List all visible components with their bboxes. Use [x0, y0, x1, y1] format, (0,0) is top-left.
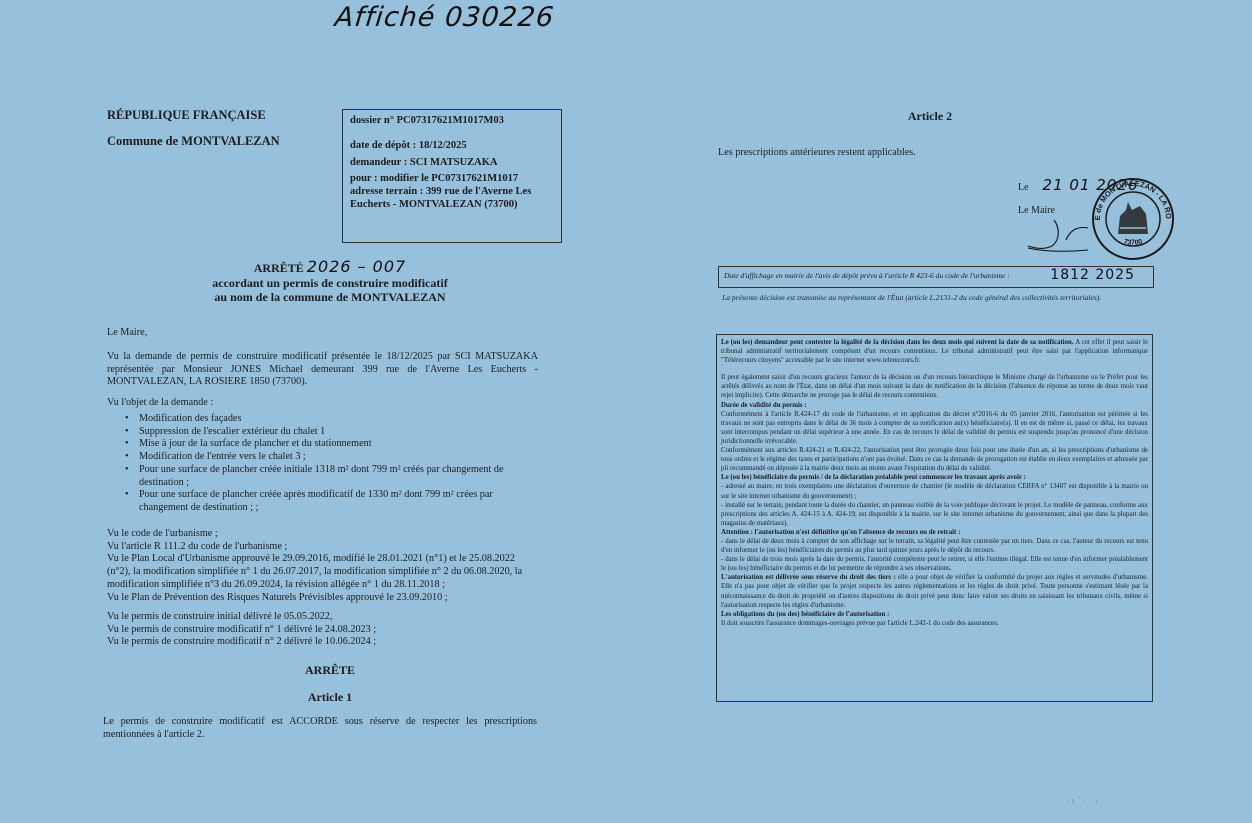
vu-plu-line: Vu le Plan Local d'Urbanisme approuvé le… — [107, 553, 538, 591]
validite-title: Durée de validité du permis : — [721, 401, 1148, 410]
voies-recours-box: Le (ou les) demandeur peut contester la … — [716, 334, 1153, 702]
list-item: Suppression de l'escalier extérieur du c… — [125, 426, 525, 439]
arrete-title: ARRÊTÉ 2026 – 007 accordant un permis de… — [110, 260, 550, 305]
travaux-text-2: - installé sur le terrain, pendant toute… — [721, 501, 1148, 528]
affichage-label: Date d'affichage en mairie de l'avis de … — [724, 271, 1010, 280]
validite-text-2: Conformément aux articles R.424-21 et R.… — [721, 446, 1148, 473]
article-1-heading: Article 1 — [110, 690, 550, 705]
vu-code-line: Vu le code de l'urbanisme ; — [107, 528, 538, 541]
vu-pprn-line: Vu le Plan de Prévention des Risques Nat… — [107, 592, 538, 605]
travaux-text-1: - adressé au maire, en trois exemplaires… — [721, 482, 1148, 500]
commune-heading: Commune de MONTVALEZAN — [107, 134, 280, 149]
handwritten-affichage-date: 1812 2025 — [1050, 267, 1135, 283]
le-label: Le — [1018, 182, 1029, 193]
vu-codes-block: Vu le code de l'urbanisme ; Vu l'article… — [107, 528, 538, 604]
mairie-stamp-icon: MAIRIE de MONTVALEZAN - LA ROSIERE 73700 — [1090, 176, 1176, 262]
vu-permis-line: Vu le permis de construire initial déliv… — [107, 611, 538, 624]
vu-permis-block: Vu le permis de construire initial déliv… — [107, 611, 538, 649]
list-item: Pour une surface de plancher créée initi… — [125, 464, 525, 489]
obligations-title: Les obligations du (ou des) bénéficiaire… — [721, 610, 1148, 619]
handwritten-arrete-number: 2026 – 007 — [307, 257, 406, 276]
recours-gracieux-text: Il peut également saisir d'un recours gr… — [721, 373, 1148, 400]
adresse-terrain-line1: adresse terrain : 399 rue de l'Averne Le… — [350, 185, 554, 198]
arrete-subtitle-2: au nom de la commune de MONTVALEZAN — [110, 290, 550, 305]
vu-permis-line: Vu le permis de construire modificatif n… — [107, 624, 538, 637]
article-2-heading: Article 2 — [710, 109, 1150, 124]
attention-text-2: - dans le délai de trois mois après la d… — [721, 555, 1148, 573]
date-depot: date de dépôt : 18/12/2025 — [350, 139, 554, 152]
attention-title: Attention : l'autorisation n'est définit… — [721, 528, 1148, 537]
signatory-role: Le Maire — [1018, 205, 1055, 216]
vu-code-line: Vu l'article R 111.2 du code de l'urbani… — [107, 541, 538, 554]
adresse-terrain-line2: Eucherts - MONTVALEZAN (73700) — [350, 198, 554, 211]
transmission-note: La présente décision est transmise au re… — [722, 293, 1142, 304]
list-item: Modification de l'entrée vers le chalet … — [125, 451, 525, 464]
article-1-text: Le permis de construire modificatif est … — [103, 716, 537, 741]
objet-list: Modification des façades Suppression de … — [125, 413, 525, 515]
republique-heading: RÉPUBLIQUE FRANÇAISE — [107, 108, 266, 123]
list-item: Pour une surface de plancher créée après… — [125, 489, 525, 514]
le-maire-intro: Le Maire, — [107, 327, 147, 340]
travaux-title: Le (ou les) bénéficiaire du permis / de … — [721, 473, 1148, 482]
obligations-text: Il doit souscrire l'assurance dommages-o… — [721, 619, 1148, 628]
vu-permis-line: Vu le permis de construire modificatif n… — [107, 636, 538, 649]
list-item: Modification des façades — [125, 413, 525, 426]
validite-text-1: Conformément à l'article R.424-17 du cod… — [721, 410, 1148, 446]
vu-demande-paragraph: Vu la demande de permis de construire mo… — [107, 351, 538, 389]
arrete-subtitle-1: accordant un permis de construire modifi… — [110, 276, 550, 291]
tiers-title: L'autorisation est délivrée sous réserve… — [721, 574, 896, 581]
svg-text:73700: 73700 — [1123, 238, 1143, 246]
faint-scan-marks: · ı ´ · ´ ‹ — [1066, 796, 1098, 807]
recours-title: Le (ou les) demandeur peut contester la … — [721, 339, 1074, 346]
demandeur: demandeur : SCI MATSUZAKA — [350, 156, 554, 169]
arrete-heading: ARRÊTE — [110, 663, 550, 678]
list-item: Mise à jour de la surface de plancher et… — [125, 438, 525, 451]
dossier-info-box: dossier n° PC07317621M1017M03 date de dé… — [342, 109, 562, 243]
article-2-text: Les prescriptions antérieures restent ap… — [718, 147, 916, 158]
arrete-label: ARRÊTÉ — [254, 261, 304, 275]
attention-text-1: - dans le délai de deux mois à compter d… — [721, 537, 1148, 555]
vu-objet-label: Vu l'objet de la demande : — [107, 397, 213, 410]
affichage-date-box: Date d'affichage en mairie de l'avis de … — [718, 266, 1154, 288]
dossier-number: dossier n° PC07317621M1017M03 — [350, 114, 554, 127]
stamp-bottom-text: 73700 — [1123, 238, 1143, 246]
handwritten-affiche-note: Affiché 030226 — [333, 2, 555, 33]
pour-modifier: pour : modifier le PC07317621M1017 — [350, 172, 554, 185]
